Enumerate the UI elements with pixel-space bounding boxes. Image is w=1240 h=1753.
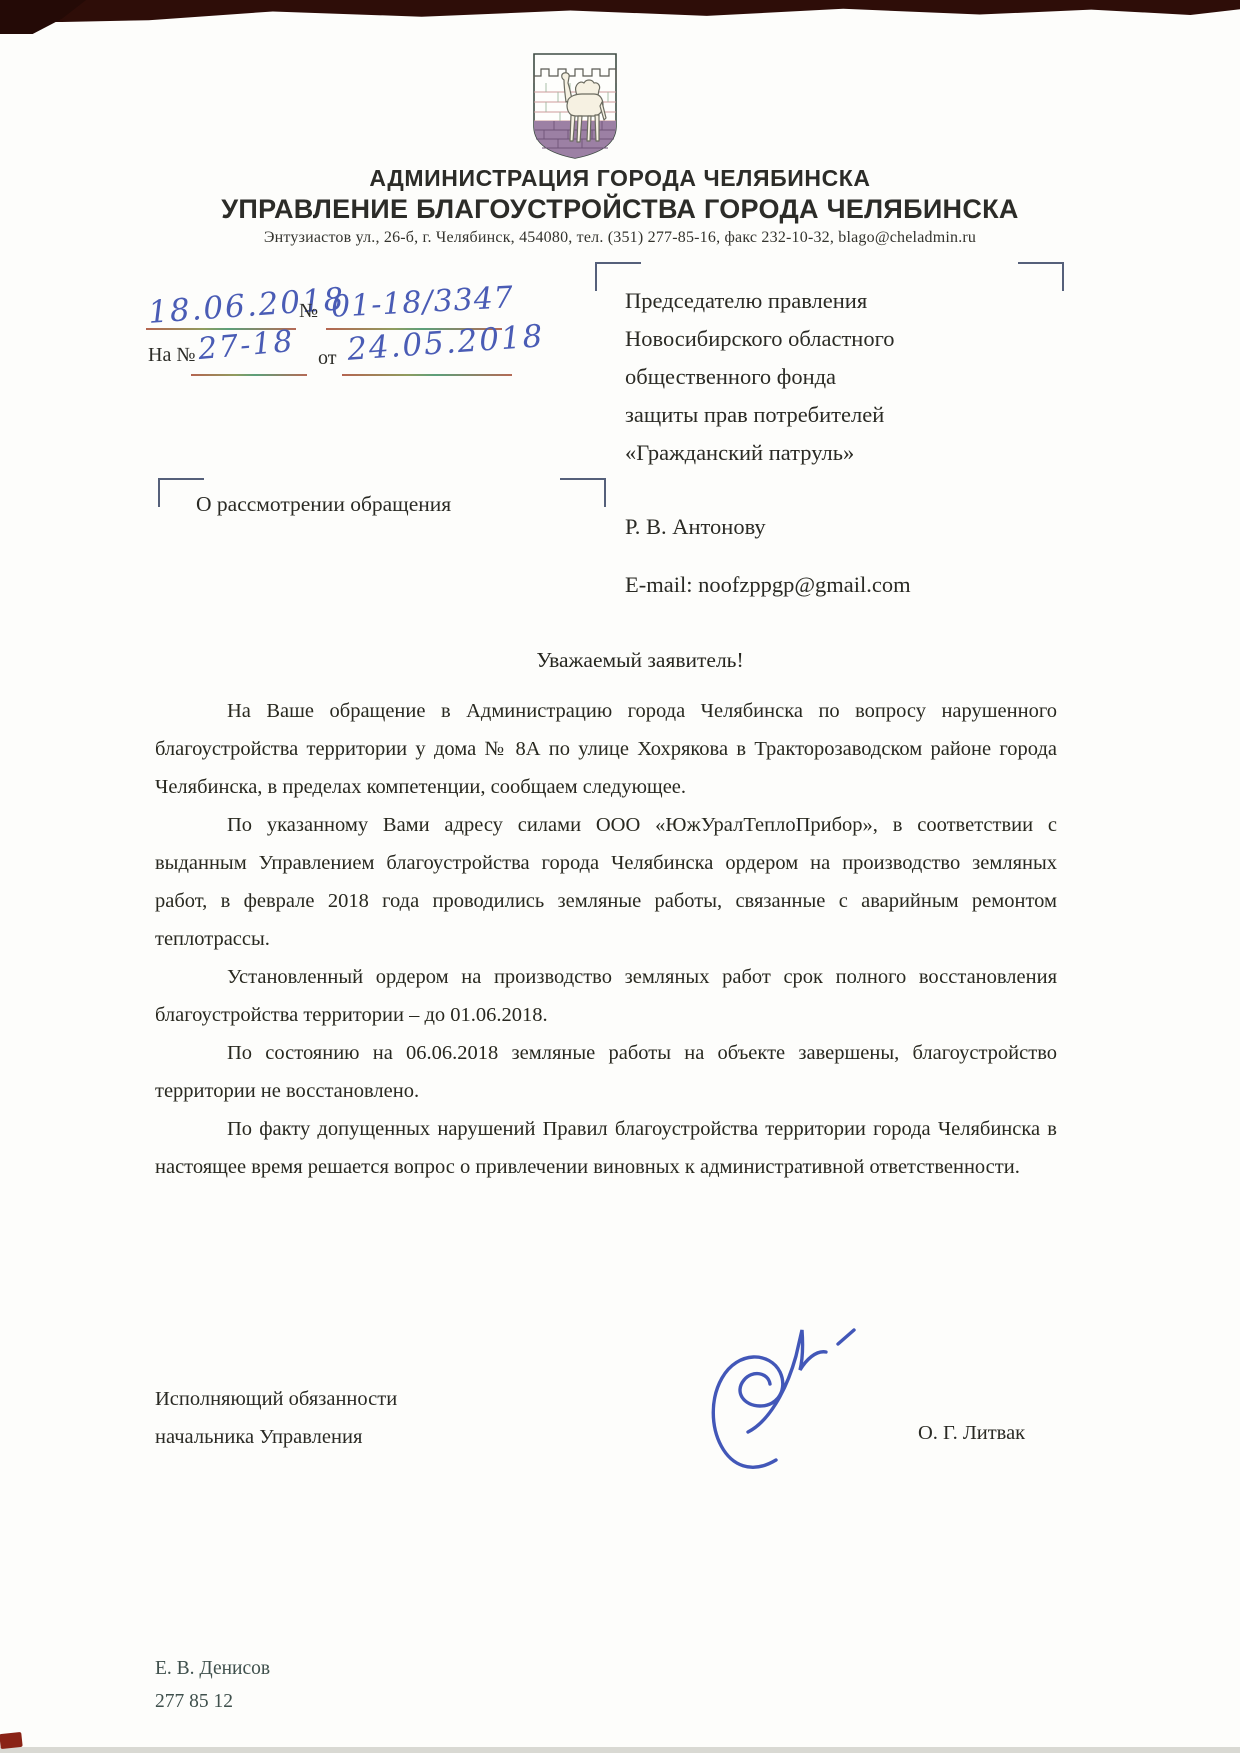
recipient-email-line: E-mail: noofzppgp@gmail.com: [625, 572, 911, 598]
letter-body: На Ваше обращение в Администрацию города…: [155, 692, 1057, 1186]
number-sign-label: №: [299, 300, 318, 323]
org-name-line2: УПРАВЛЕНИЕ БЛАГОУСТРОЙСТВА ГОРОДА ЧЕЛЯБИ…: [0, 194, 1240, 225]
scan-edge-bottom: [0, 1747, 1240, 1753]
signer-position-block: Исполняющий обязанности начальника Управ…: [155, 1380, 397, 1456]
city-coat-of-arms-icon: [530, 50, 620, 160]
reply-number-underline: [191, 374, 307, 376]
reply-date-handwritten: 24.05.2018: [346, 318, 546, 368]
org-name-line1: АДМИНИСТРАЦИЯ ГОРОДА ЧЕЛЯБИНСКА: [0, 165, 1240, 192]
body-paragraph: Установленный ордером на производство зе…: [155, 958, 1057, 1034]
handwritten-signature-icon: [688, 1310, 888, 1505]
reply-number-handwritten: 27-18: [197, 324, 296, 367]
signer-position-line2: начальника Управления: [155, 1418, 397, 1456]
body-paragraph: По указанному Вами адресу силами ООО «Юж…: [155, 806, 1057, 958]
recipient-line: Новосибирского областного: [625, 320, 895, 358]
scan-edge-top: [0, 0, 1240, 22]
salutation: Уважаемый заявитель!: [190, 648, 1090, 673]
recipient-line: общественного фонда: [625, 358, 895, 396]
recipient-line: защиты прав потребителей: [625, 396, 895, 434]
recipient-address-block: Председателю правления Новосибирского об…: [625, 282, 895, 472]
executor-block: Е. В. Денисов 277 85 12: [155, 1652, 270, 1718]
letterhead: АДМИНИСТРАЦИЯ ГОРОДА ЧЕЛЯБИНСКА УПРАВЛЕН…: [0, 165, 1240, 247]
reply-to-label: На №: [148, 344, 195, 367]
signer-name: О. Г. Литвак: [918, 1422, 1025, 1445]
recipient-line: «Гражданский патруль»: [625, 434, 895, 472]
signer-position-line1: Исполняющий обязанности: [155, 1380, 397, 1418]
scan-mark-bottom-left: [0, 1732, 23, 1749]
recipient-person-name: Р. В. Антонову: [625, 514, 766, 540]
scanned-letter-page: АДМИНИСТРАЦИЯ ГОРОДА ЧЕЛЯБИНСКА УПРАВЛЕН…: [0, 0, 1240, 1753]
recipient-line: Председателю правления: [625, 282, 895, 320]
org-contact-line: Энтузиастов ул., 26-б, г. Челябинск, 454…: [0, 229, 1240, 247]
executor-phone: 277 85 12: [155, 1685, 270, 1718]
outgoing-number-handwritten: 01-18/3347: [330, 280, 515, 325]
corner-mark-recipient-top-right: [1018, 262, 1064, 291]
reply-from-label: от: [318, 347, 336, 370]
subject-line: О рассмотрении обращения: [196, 492, 451, 517]
corner-mark-subject-top-right: [560, 478, 606, 507]
body-paragraph: По факту допущенных нарушений Правил бла…: [155, 1110, 1057, 1186]
body-paragraph: По состоянию на 06.06.2018 земляные рабо…: [155, 1034, 1057, 1110]
executor-name: Е. В. Денисов: [155, 1652, 270, 1685]
reply-date-underline: [342, 374, 512, 376]
body-paragraph: На Ваше обращение в Администрацию города…: [155, 692, 1057, 806]
